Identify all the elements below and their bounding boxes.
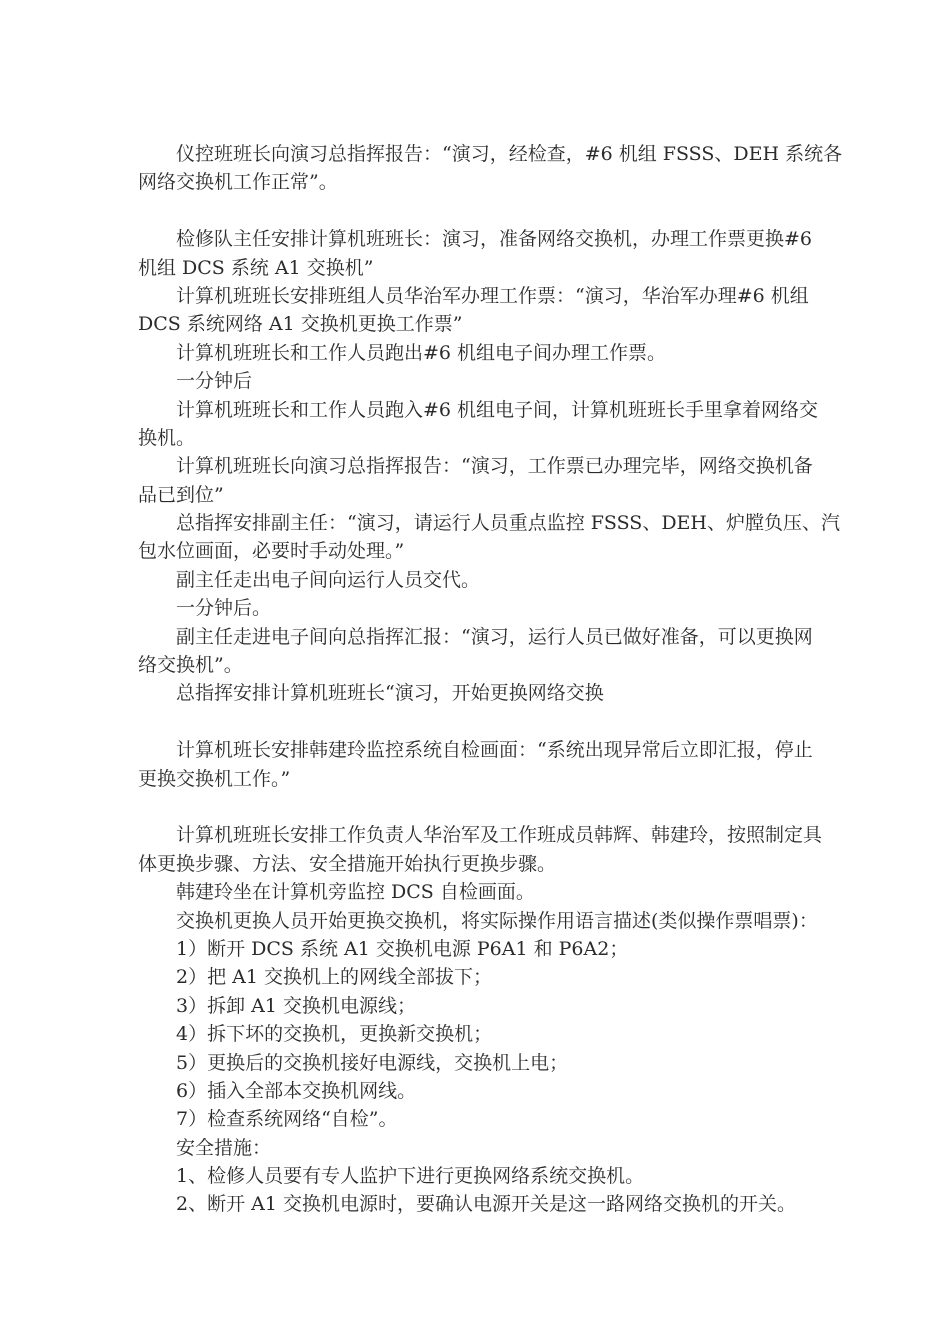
text-line: 5）更换后的交换机接好电源线，交换机上电； <box>138 1049 818 1077</box>
text-line: 2）把 A1 交换机上的网线全部拔下； <box>138 963 818 991</box>
text-line: 体更换步骤、方法、安全措施开始执行更换步骤。 <box>138 850 818 878</box>
text-line: 计算机班班长和工作人员跑出#6 机组电子间办理工作票。 <box>138 339 818 367</box>
text-line: 4）拆下坏的交换机，更换新交换机； <box>138 1020 818 1048</box>
text-line: 机组 DCS 系统 A1 交换机” <box>138 254 818 282</box>
text-line: 计算机班班长和工作人员跑入#6 机组电子间，计算机班班长手里拿着网络交 <box>138 396 818 424</box>
text-line: 3）拆卸 A1 交换机电源线； <box>138 992 818 1020</box>
text-line: 包水位画面，必要时手动处理。” <box>138 537 818 565</box>
text-line: 品已到位” <box>138 481 818 509</box>
text-line: 计算机班班长向演习总指挥报告：“演习，工作票已办理完毕，网络交换机备 <box>138 452 818 480</box>
text-line: 计算机班长安排韩建玲监控系统自检画面：“系统出现异常后立即汇报，停止 <box>138 736 818 764</box>
text-line: 1）断开 DCS 系统 A1 交换机电源 P6A1 和 P6A2； <box>138 935 818 963</box>
text-line: 更换交换机工作。” <box>138 765 818 793</box>
document-body: 仪控班班长向演习总指挥报告：“演习，经检查，#6 机组 FSSS、DEH 系统各… <box>138 140 818 1219</box>
text-line: 一分钟后 <box>138 367 818 395</box>
text-line: 交换机更换人员开始更换交换机，将实际操作用语言描述(类似操作票唱票)： <box>138 907 818 935</box>
text-line: 1、检修人员要有专人监护下进行更换网络系统交换机。 <box>138 1162 818 1190</box>
text-line: 计算机班班长安排工作负责人华治军及工作班成员韩辉、韩建玲，按照制定具 <box>138 821 818 849</box>
text-line: 总指挥安排副主任：“演习，请运行人员重点监控 FSSS、DEH、炉膛负压、汽 <box>138 509 818 537</box>
text-line: 韩建玲坐在计算机旁监控 DCS 自检画面。 <box>138 878 818 906</box>
text-line: 副主任走进电子间向总指挥汇报：“演习，运行人员已做好准备，可以更换网 <box>138 623 818 651</box>
text-line: 网络交换机工作正常”。 <box>138 168 818 196</box>
text-line: 仪控班班长向演习总指挥报告：“演习，经检查，#6 机组 FSSS、DEH 系统各 <box>138 140 818 168</box>
text-line: 换机。 <box>138 424 818 452</box>
text-line: 7）检查系统网络“自检”。 <box>138 1105 818 1133</box>
text-line: 副主任走出电子间向运行人员交代。 <box>138 566 818 594</box>
text-line: 一分钟后。 <box>138 594 818 622</box>
text-line: 计算机班班长安排班组人员华治军办理工作票：“演习，华治军办理#6 机组 <box>138 282 818 310</box>
blank-line <box>138 197 818 225</box>
blank-line <box>138 708 818 736</box>
text-line: 2、断开 A1 交换机电源时，要确认电源开关是这一路网络交换机的开关。 <box>138 1190 818 1218</box>
blank-line <box>138 793 818 821</box>
text-line: 安全措施： <box>138 1134 818 1162</box>
text-line: 总指挥安排计算机班班长“演习，开始更换网络交换 <box>138 679 818 707</box>
text-line: DCS 系统网络 A1 交换机更换工作票” <box>138 310 818 338</box>
document-page: 仪控班班长向演习总指挥报告：“演习，经检查，#6 机组 FSSS、DEH 系统各… <box>0 0 950 1344</box>
text-line: 络交换机”。 <box>138 651 818 679</box>
text-line: 检修队主任安排计算机班班长：演习，准备网络交换机，办理工作票更换#6 <box>138 225 818 253</box>
text-line: 6）插入全部本交换机网线。 <box>138 1077 818 1105</box>
